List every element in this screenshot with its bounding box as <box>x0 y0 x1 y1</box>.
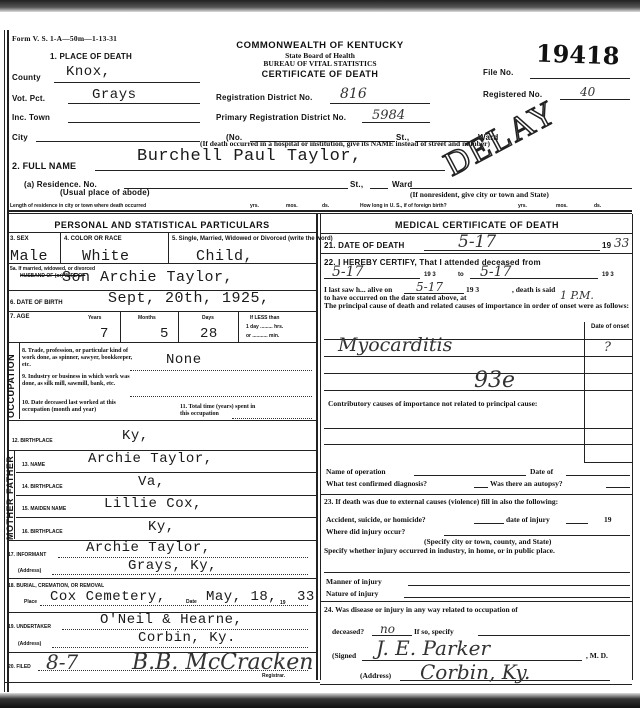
external-causes-label: 23. If death was due to external causes … <box>324 498 630 506</box>
total-time-line <box>232 418 312 419</box>
informant-address-label: (Address) <box>18 568 41 574</box>
header-divider <box>8 210 632 212</box>
deceased-value: no <box>380 622 395 636</box>
inc-town-line <box>68 122 200 123</box>
years-label: Years <box>88 315 101 321</box>
autopsy-line <box>606 487 630 488</box>
place-of-death-label: 1. PLACE OF DEATH <box>50 52 132 61</box>
sex-label: 3. SEX <box>10 236 29 242</box>
county-value: Knox, <box>66 64 111 80</box>
ds-label-1: ds. <box>322 203 329 209</box>
dob-label: 6. DATE OF BIRTH <box>10 300 63 306</box>
burial-line <box>40 605 308 606</box>
yrs-label-2: yrs. <box>518 203 527 209</box>
operation-label: Name of operation <box>326 468 386 476</box>
contributory-label: Contributory causes of importance not re… <box>328 400 568 408</box>
filed-label: 20. FILED <box>8 664 31 670</box>
frame-left-outer <box>4 30 5 692</box>
undertaker-address-value: Corbin, Ky. <box>138 630 236 646</box>
row-divider <box>321 494 632 495</box>
row-divider <box>16 517 316 518</box>
cause-value: Myocarditis <box>338 334 452 356</box>
trade-label: 8. Trade, profession, or particular kind… <box>22 348 134 369</box>
mos-label-1: mos. <box>286 203 298 209</box>
test-label: What test confirmed diagnosis? <box>326 480 427 488</box>
registrar-label: Registrar. <box>262 673 285 679</box>
date-of-line <box>566 475 630 476</box>
ds-label-2: ds. <box>594 203 601 209</box>
mother-birthplace-label: 16. BIRTHPLACE <box>22 529 63 535</box>
signed-label: (Signed <box>332 652 356 660</box>
informant-address-value: Grays, Ky, <box>128 558 217 574</box>
mother-maiden-label: 15. MAIDEN NAME <box>22 506 66 512</box>
last-worked-label: 10. Date deceased last worked at this oc… <box>22 400 134 414</box>
registered-no-label: Registered No. <box>483 90 542 99</box>
date-of-death-year-prefix: 19 <box>602 241 611 250</box>
signed-value: J. E. Parker <box>376 636 490 660</box>
test-line <box>474 487 488 488</box>
father-name-label: 13. NAME <box>22 462 45 468</box>
burial-place-label: Place <box>24 599 37 605</box>
scan-top-edge <box>0 0 640 12</box>
less-than-min: or ........... min. <box>246 333 279 339</box>
father-name-value: Archie Taylor, <box>88 451 213 467</box>
spouse-value: Son Archie Taylor, <box>62 269 233 286</box>
full-name-label: 2. FULL NAME <box>12 161 76 171</box>
column-divider <box>316 214 318 680</box>
residence-st-label: St., <box>350 180 363 189</box>
cell-divider <box>178 312 179 342</box>
dob-value: Sept, 20th, 1925, <box>108 290 270 307</box>
deceased-label: deceased? <box>332 628 364 636</box>
autopsy-label: Was there an autopsy? <box>490 480 563 488</box>
residence-line <box>124 188 348 189</box>
contributory-line <box>324 444 632 445</box>
length-of-residence-label: Length of residence in city or town wher… <box>10 203 146 209</box>
birthplace-label: 12. BIRTHPLACE <box>12 438 53 444</box>
vot-pct-line <box>68 103 200 104</box>
informant-address-line <box>52 574 308 575</box>
reg-district-line <box>330 103 430 104</box>
county-line <box>54 82 200 83</box>
row-divider <box>8 342 316 343</box>
attended-from-year: 19 3 <box>424 272 436 278</box>
if-so-line <box>478 635 630 636</box>
column-divider-2 <box>320 214 321 680</box>
industry-line <box>130 396 312 397</box>
trade-line <box>130 370 312 371</box>
date-of-death-line <box>424 250 600 251</box>
registered-no-value: 40 <box>580 85 595 99</box>
date-injury-year: 19 <box>604 516 612 524</box>
father-birthplace-value: Va, <box>138 474 165 490</box>
reg-district-value: 816 <box>340 86 367 102</box>
residence-st-line <box>370 188 388 189</box>
inc-town-label: Inc. Town <box>12 113 50 122</box>
last-saw-year: 19 3 <box>466 286 479 294</box>
burial-year-value: 33 <box>297 589 315 605</box>
onset-bottom <box>584 462 632 463</box>
file-no-line <box>530 78 630 79</box>
row-divider <box>321 601 632 602</box>
md-label: , M. D. <box>586 652 608 660</box>
specify-city-label: (Specify city or town, county, and State… <box>424 538 551 546</box>
cell-divider <box>238 312 239 342</box>
manner-line <box>408 585 630 586</box>
city-label: City <box>12 133 28 142</box>
manner-label: Manner of injury <box>326 578 382 586</box>
attended-from-value: 5-17 <box>332 264 363 280</box>
row-divider <box>8 263 316 264</box>
address-value: Corbin, Ky. <box>420 660 530 684</box>
accident-line <box>474 523 504 524</box>
occupation-related-label: 24. Was disease or injury in any way rel… <box>324 606 518 614</box>
right-frame <box>632 214 633 680</box>
address-label: (Address) <box>360 672 391 680</box>
days-value: 28 <box>200 326 218 342</box>
scan-bottom-edge <box>0 693 640 708</box>
parents-divider <box>14 451 15 539</box>
row-divider <box>321 253 632 254</box>
commonwealth-title: COMMONWEALTH OF KENTUCKY <box>210 40 430 51</box>
cell-divider <box>168 233 169 263</box>
father-birthplace-label: 14. BIRTHPLACE <box>22 484 63 490</box>
onset-divider <box>584 322 585 400</box>
form-id: Form V. S. 1-A—50m—1-13-31 <box>12 34 117 43</box>
mother-maiden-value: Lillie Cox, <box>104 496 202 512</box>
full-name-line <box>95 170 445 171</box>
race-label: 4. COLOR OR RACE <box>64 236 122 242</box>
row-divider <box>8 232 316 233</box>
file-number-stamp: 19418 <box>536 39 620 71</box>
bureau-title: BUREAU OF VITAL STATISTICS <box>210 59 430 68</box>
to-label: to <box>458 272 464 278</box>
reg-district-label: Registration District No. <box>216 93 313 102</box>
trade-value: None <box>166 352 202 368</box>
certificate-title: CERTIFICATE OF DEATH <box>210 69 430 79</box>
marital-status-label: 5. Single, Married, Widowed or Divorced … <box>172 236 333 242</box>
burial-date-value: May, 18, <box>206 589 277 605</box>
registrar-signature: B.B. McCracken <box>132 650 313 675</box>
accident-label: Accident, suicide, or homicide? <box>326 516 426 524</box>
industry-line <box>324 572 630 573</box>
mother-birthplace-value: Ky, <box>148 519 175 535</box>
attended-to-year: 19 3 <box>602 272 614 278</box>
death-said-label: , death is said <box>512 286 555 294</box>
county-label: County <box>12 73 41 82</box>
personal-section-title: PERSONAL AND STATISTICAL PARTICULARS <box>10 220 314 230</box>
date-of-death-value: 5-17 <box>458 232 496 252</box>
foreign-birth-label: How long in U. S., if of foreign birth? <box>360 203 447 209</box>
age-label: 7. AGE <box>10 314 29 320</box>
specify-industry-label: Specify whether injury occurred in indus… <box>324 547 630 555</box>
city-line <box>36 141 200 142</box>
date-of-death-label: 21. DATE OF DEATH <box>324 241 404 250</box>
cause-line <box>324 356 632 357</box>
nature-label: Nature of injury <box>326 590 378 598</box>
yrs-label-1: yrs. <box>250 203 259 209</box>
occupation-side-label: OCCUPATION <box>6 346 16 418</box>
onset-value: ? <box>604 340 611 355</box>
registered-no-line <box>560 99 630 100</box>
medical-section-title: MEDICAL CERTIFICATE OF DEATH <box>322 220 632 230</box>
primary-reg-label: Primary Registration District No. <box>216 113 346 122</box>
primary-reg-value: 5984 <box>372 108 405 123</box>
informant-label: 17. INFORMANT <box>8 552 46 558</box>
informant-value: Archie Taylor, <box>86 540 211 556</box>
occupation-divider <box>19 343 20 419</box>
if-so-label: If so, specify <box>414 628 454 636</box>
where-injury-label: Where did injury occur? <box>326 528 405 536</box>
nature-line <box>404 597 630 598</box>
months-value: 5 <box>160 326 169 342</box>
nonresident-note: (If nonresident, give city or town and S… <box>410 191 549 199</box>
total-time-label: 11. Total time (years) spent in this occ… <box>180 404 260 418</box>
operation-line <box>414 475 526 476</box>
contributory-line <box>324 428 632 429</box>
industry-label: 9. Industry or business in which work wa… <box>22 374 134 388</box>
birthplace-value: Ky, <box>122 428 149 444</box>
vot-pct-value: Grays <box>92 87 137 103</box>
burial-place-value: Cox Cemetery, <box>50 589 166 605</box>
cell-divider <box>60 233 61 263</box>
file-no-label: File No. <box>483 68 514 77</box>
undertaker-label: 19. UNDERTAKER <box>8 624 51 630</box>
less-than-day: 1 day ......... hrs. <box>246 324 283 330</box>
last-saw-value: 5-17 <box>416 280 443 294</box>
date-of-label: Date of <box>530 468 553 476</box>
date-injury-line <box>566 523 588 524</box>
row-divider <box>8 420 316 421</box>
date-injury-label: date of injury <box>506 516 550 524</box>
vot-pct-label: Vot. Pct. <box>12 94 45 103</box>
bottom-divider-right <box>320 684 632 685</box>
residence-ward-line <box>410 188 632 189</box>
date-of-death-year: 33 <box>614 236 629 250</box>
years-value: 7 <box>100 326 109 342</box>
undertaker-address-label: (Address) <box>18 641 41 647</box>
less-than-label: If LESS than <box>250 315 279 321</box>
months-label: Months <box>138 315 156 321</box>
residence-sublabel: (Usual place of abode) <box>60 188 150 197</box>
date-of-onset-label: Date of onset <box>590 324 630 330</box>
cell-divider <box>120 312 121 342</box>
attended-to-value: 5-17 <box>480 264 511 280</box>
code-value: 93e <box>474 368 515 393</box>
bottom-divider <box>4 682 320 683</box>
principal-cause-label: The principal cause of death and related… <box>324 302 630 310</box>
undertaker-value: O'Neil & Hearne, <box>100 612 242 628</box>
row-divider <box>16 472 316 473</box>
row-divider <box>8 578 316 579</box>
mos-label-2: mos. <box>556 203 568 209</box>
days-label: Days <box>202 315 214 321</box>
row-divider <box>8 311 316 312</box>
where-injury-line <box>444 535 630 536</box>
full-name-value: Burchell Paul Taylor, <box>137 147 362 166</box>
filed-value: 8-7 <box>46 650 78 674</box>
undertaker-address-line <box>52 647 308 648</box>
onset-divider-2 <box>584 400 585 462</box>
